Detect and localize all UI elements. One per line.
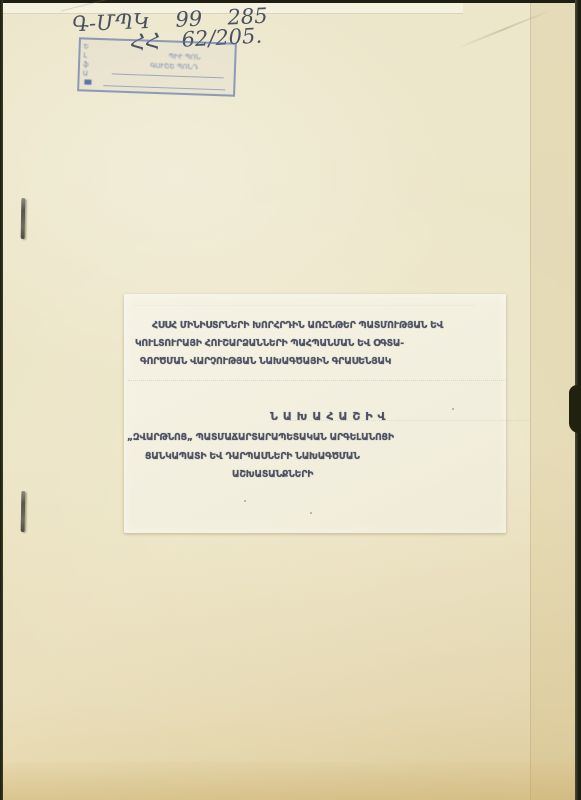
paper-speck [244, 500, 246, 502]
staple-top [21, 198, 26, 239]
scan-edge-blemish [569, 385, 581, 433]
stamp-faint-text-2: ԳՍՒՇԵ ՊՈՆԴ [150, 62, 198, 72]
paper-speck [310, 512, 312, 514]
stamp-fill-in-line-2 [103, 85, 225, 90]
stamp-side-letters: Ե Լ ֆ Ա [83, 42, 90, 78]
typed-title-label: ՀՍՍՀ ՄԻՆԻՍՏՐՆԵՐԻ ԽՈՐՀՐԴԻՆ ԱՌԸՆԹԵՐ ՊԱՏՄՈՒ… [124, 294, 506, 533]
scan-artifact-line [290, 420, 530, 421]
scan-artifact-line [135, 305, 475, 306]
subject-line-3: ԱՇԽԱՏԱՆՔՆԵՐԻ [232, 469, 313, 480]
org-line-3: ԳՈՐԾՄԱՆ ՎԱՐՉՈՒԹՅԱՆ ՆԱԽԱԳԾԱՅԻՆ ԳՐԱՍԵՆՅԱԿ [140, 356, 391, 367]
subject-line-2: ՑԱՆԿԱՊԱՏԻ ԵՎ ԴԱՐՊԱՍՆԵՐԻ ՆԱԽԱԳԾՄԱՆ [145, 451, 360, 462]
org-line-1: ՀՍՍՀ ՄԻՆԻՍՏՐՆԵՐԻ ԽՈՐՀՐԴԻՆ ԱՌԸՆԹԵՐ ՊԱՏՄՈՒ… [152, 320, 443, 331]
scan-artifact-line [128, 380, 506, 381]
org-line-2: ԿՈՒԼՏՈՒՐԱՅԻ ՀՈՒՇԱՐՁԱՆՆԵՐԻ ՊԱՀՊԱՆՄԱՆ ԵՎ Օ… [135, 338, 404, 349]
stamp-ink-mark [84, 79, 91, 84]
staple-bottom [21, 491, 26, 532]
scan-edge-left [0, 0, 3, 800]
paper-speck [452, 408, 454, 410]
archive-stamp: Ե Լ ֆ Ա ՊԻՒ ՊՈՆ ԳՍՒՇԵ ՊՈՆԴ [77, 37, 237, 96]
stamp-faint-text-1: ՊԻՒ ՊՈՆ [168, 52, 201, 61]
bottom-shadow-band [0, 762, 581, 800]
document-title-estimate: ՆԱԽԱՀԱՇԻՎ [270, 410, 390, 423]
stamp-fill-in-line-1 [112, 73, 224, 78]
scanned-document-page: Գ-ՄՊԿ 99 285 ՀՀ 62/205. Ե Լ ֆ Ա ՊԻՒ ՊՈՆ … [0, 0, 581, 800]
subject-line-1: „ԶՎԱՐԹՆՈՑ„ ՊԱՏՄԱՃԱՐՏԱՐԱՊԵՏԱԿԱՆ ԱՐԳԵԼԱՆՈՑ… [127, 432, 394, 443]
